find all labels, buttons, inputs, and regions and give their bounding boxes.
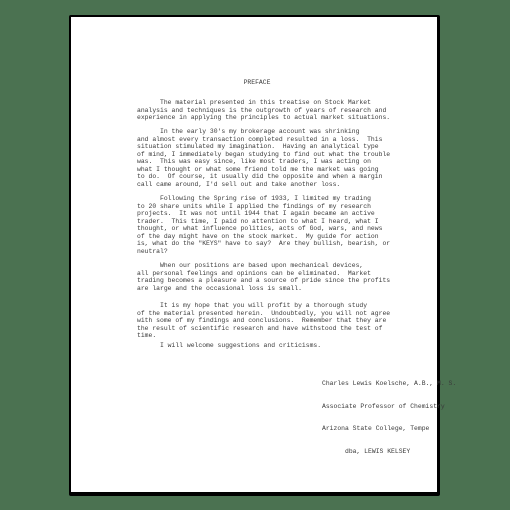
paragraph-1: The material presented in this treatise … [137,99,390,122]
page-title: PREFACE [137,79,377,87]
paragraph-3: Following the Spring rise of 1933, I lim… [137,195,390,255]
paragraph-5: It is my hope that you will profit by a … [137,302,390,340]
signature-line: Arizona State College, Tempe [322,425,456,433]
paragraph-2: In the early 30's my brokerage account w… [137,128,390,188]
signature-line: Charles Lewis Koelsche, A.B., M. S. [322,380,456,388]
document-page: PREFACE The material presented in this t… [71,17,437,492]
paragraph-4: When our positions are based upon mechan… [137,262,390,292]
signature-block: Charles Lewis Koelsche, A.B., M. S. Asso… [322,365,456,470]
signature-line: dba, LEWIS KELSEY [322,448,456,456]
paragraph-6: I will welcome suggestions and criticism… [137,342,321,350]
document-body: PREFACE The material presented in this t… [137,17,397,92]
signature-line: Associate Professor of Chemistry [322,403,456,411]
